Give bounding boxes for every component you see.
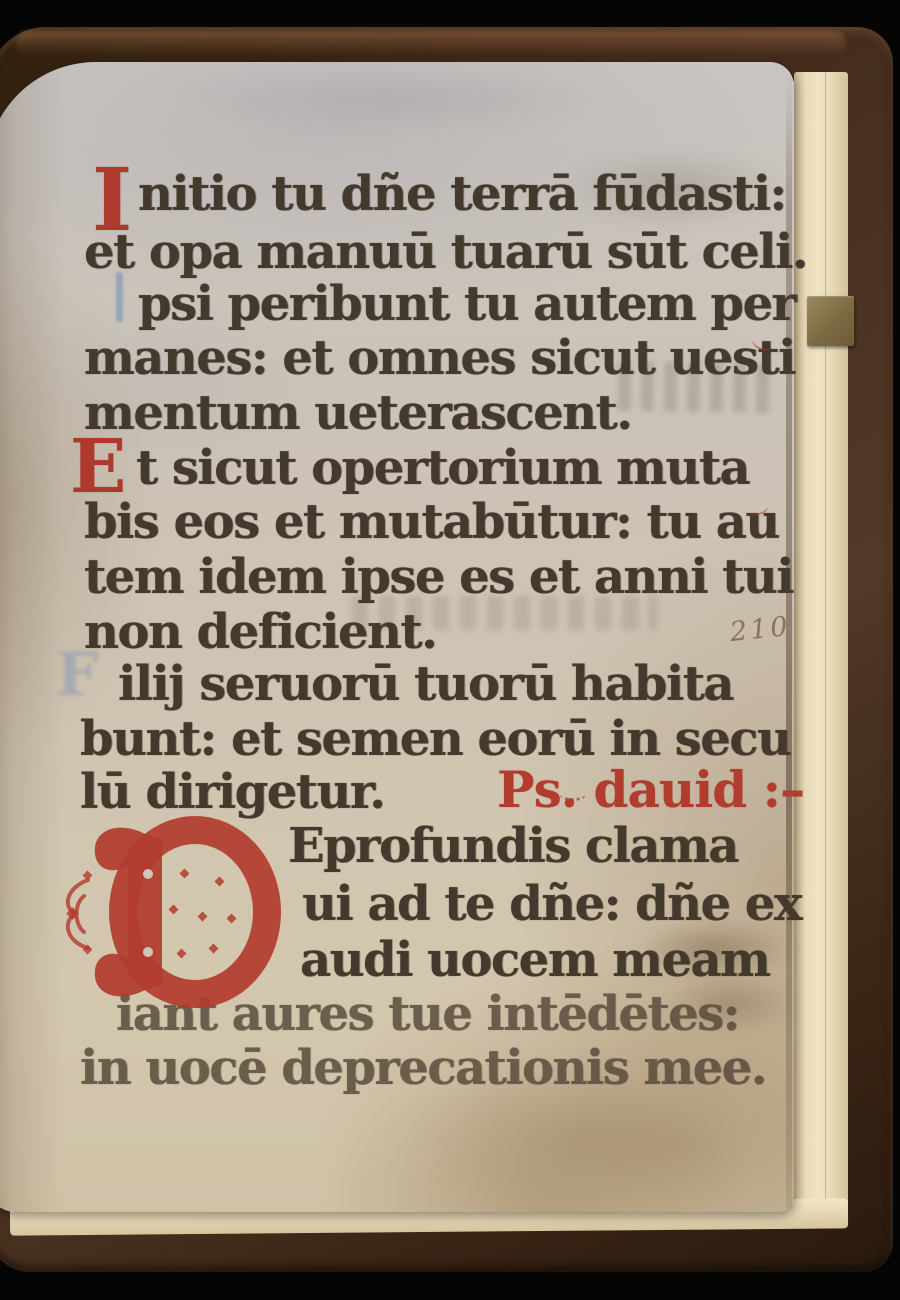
cover-highlight bbox=[16, 31, 846, 55]
text-line: et opa manuū tuarū sūt celi. bbox=[84, 224, 807, 280]
manuscript-photo: I E F nitio tu dñe terrā fūdasti: et opa… bbox=[0, 0, 900, 1300]
red-pen-mark bbox=[560, 788, 586, 801]
folio-number: 210 bbox=[729, 611, 792, 648]
text-line: psi peribunt tu autem per bbox=[138, 276, 795, 332]
text-line: Eprofundis clama bbox=[288, 818, 738, 874]
text-line: bis eos et mutabūtur: tu au bbox=[84, 494, 779, 550]
text-line: manes: et omnes sicut uesti bbox=[84, 330, 795, 386]
text-line: nitio tu dñe terrā fūdasti: bbox=[138, 166, 786, 222]
text-line: ilij seruorū tuorū habita bbox=[118, 656, 733, 712]
text-line: ui ad te dñe: dñe ex bbox=[302, 876, 801, 932]
text-line: bunt: et semen eorū in secu bbox=[80, 711, 790, 767]
psalm-rubric: Ps. dauid :– bbox=[497, 760, 804, 819]
text-line: audi uocem meam bbox=[300, 932, 769, 988]
drop-cap-d-drawing bbox=[50, 812, 290, 1012]
text-line: non deficient. bbox=[84, 604, 436, 660]
text-line: in uocē deprecationis mee. bbox=[80, 1040, 766, 1096]
text-line: t sicut opertorium muta bbox=[136, 440, 749, 496]
text-line: mentum ueterascent. bbox=[84, 385, 631, 441]
bookmark-tab bbox=[807, 296, 854, 346]
text-line: tem idem ipse es et anni tui bbox=[84, 549, 793, 605]
drop-cap-initial-d bbox=[50, 812, 290, 1012]
